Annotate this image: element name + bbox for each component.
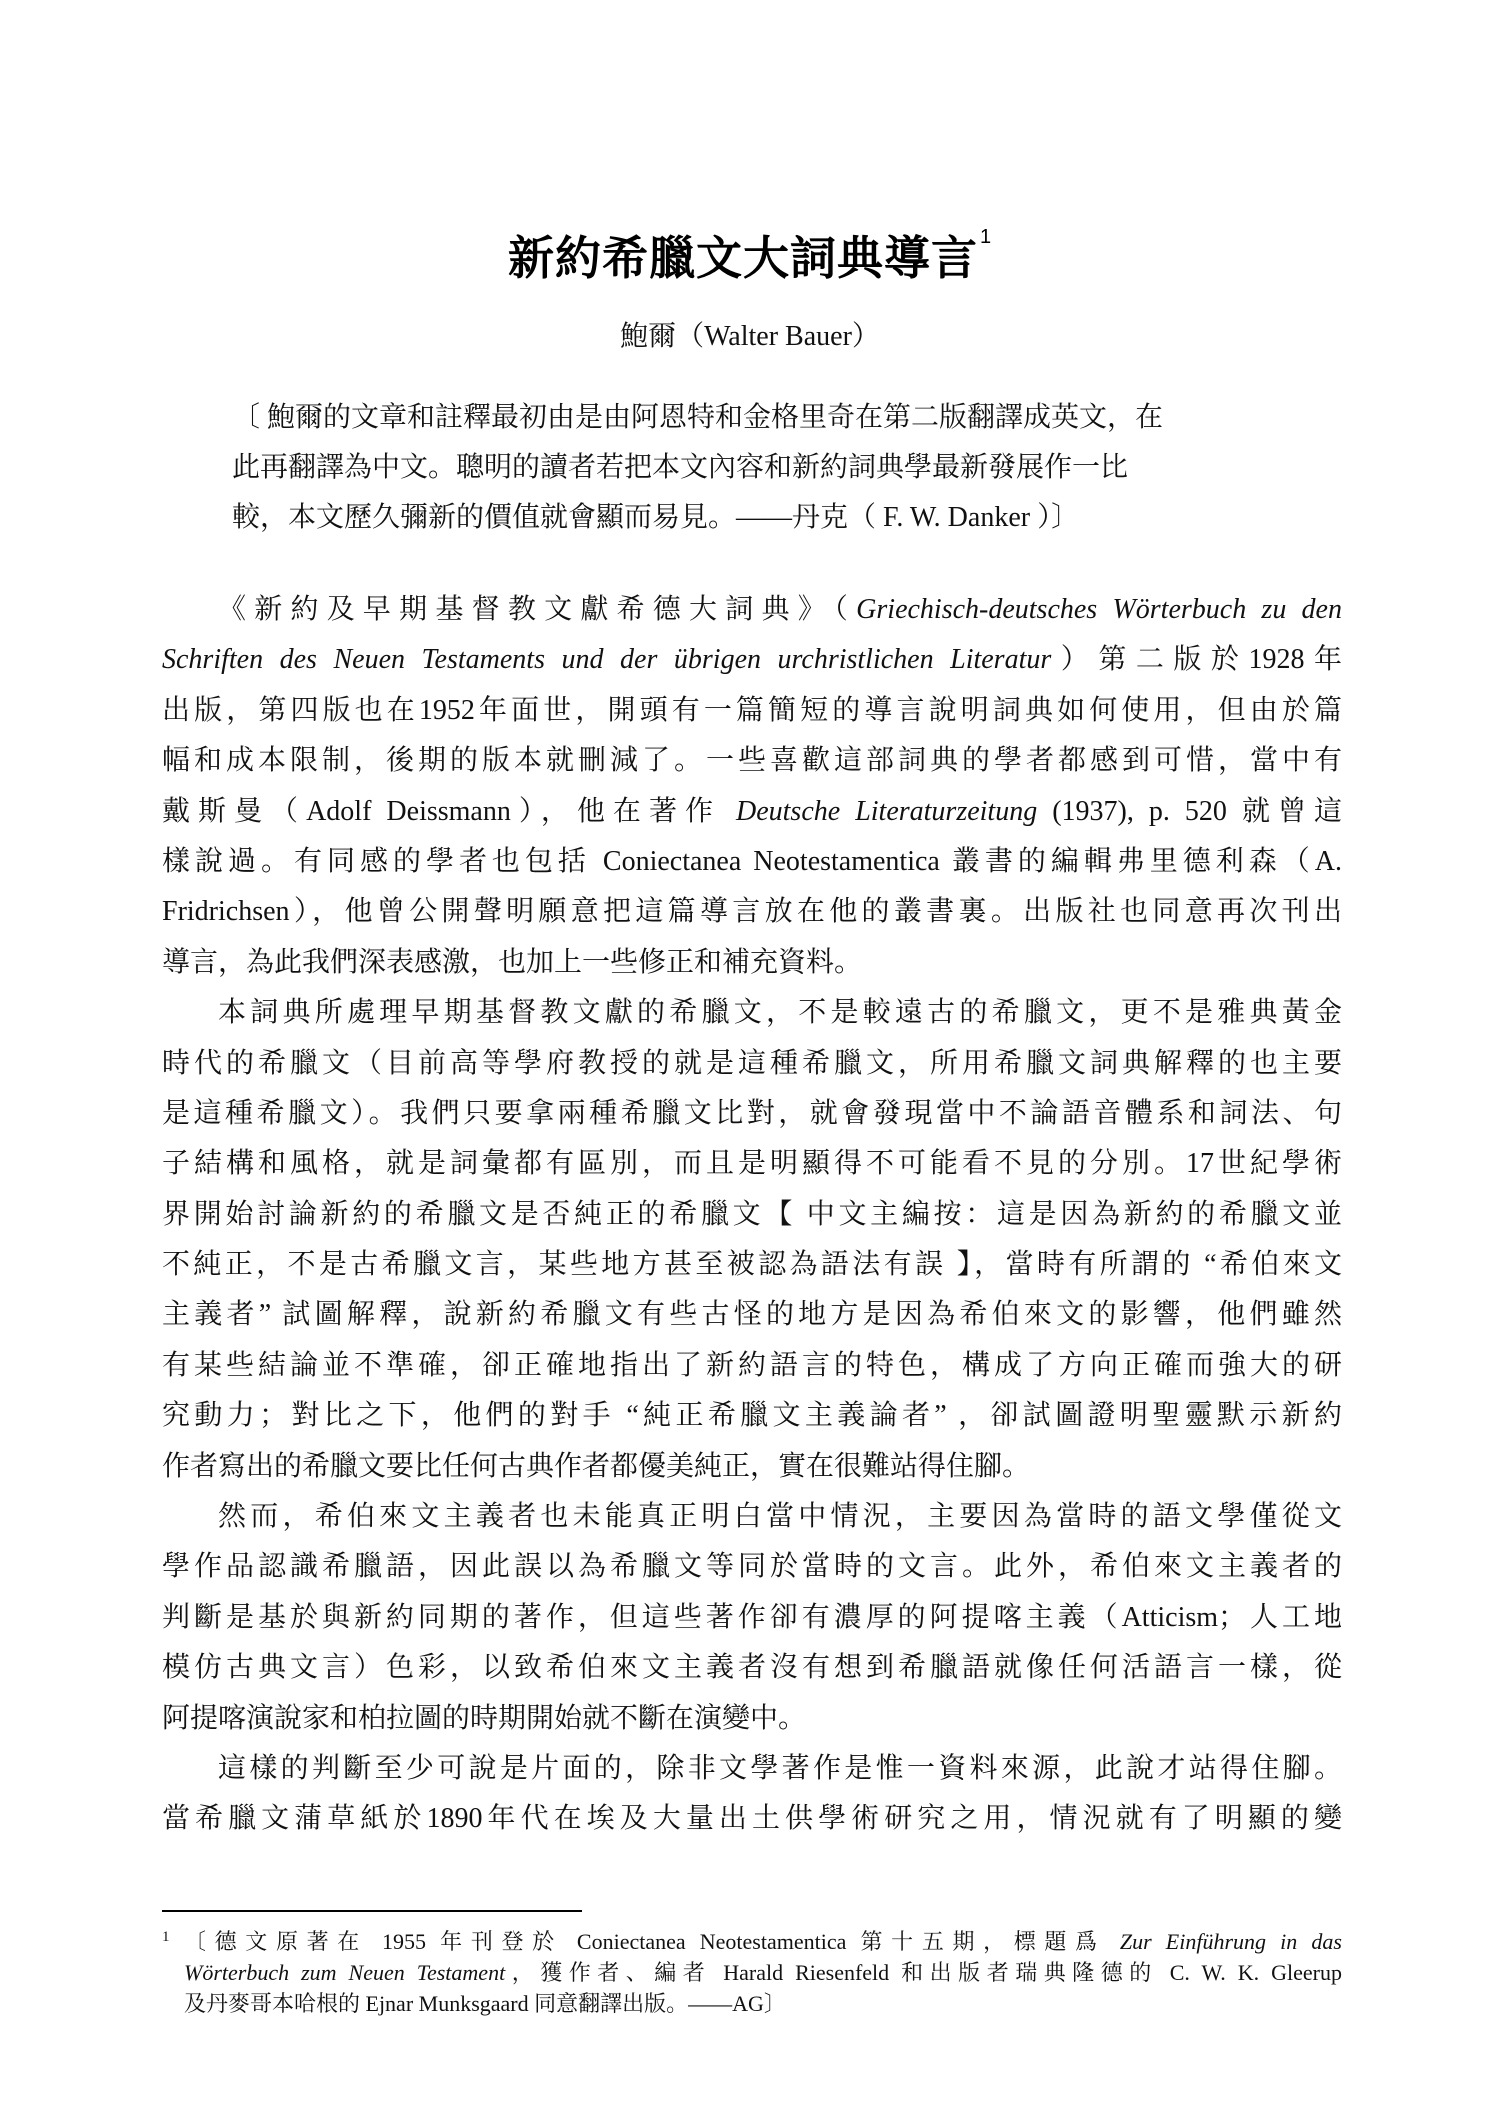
document-page: 新約希臘文大詞典導言1 鮑爾（Walter Bauer） 〔 鮑爾的文章和註釋最…	[0, 0, 1500, 2105]
title-text: 新約希臘文大詞典導言	[508, 232, 978, 284]
text-run: 〔德文原著在 1955 年刊登於 Coniectanea Neotestamen…	[184, 1929, 1120, 1954]
text-line: 判斷是基於與新約同期的著作，但這些著作卻有濃厚的阿提喀主義（Atticism；人…	[162, 1593, 1342, 1643]
text-run: 作者寫出的希臘文要比任何古典作者都優美純正，實在很難站得住腳。	[162, 1451, 1030, 1482]
text-line: 阿提喀演說家和柏拉圖的時期開始就不斷在演變中。	[162, 1694, 1342, 1744]
text-line: 本詞典所處理早期基督教文獻的希臘文，不是較遠古的希臘文，更不是雅典黃金	[162, 988, 1342, 1038]
text-line: 戴斯曼（Adolf Deissmann），他在著作 Deutsche Liter…	[162, 787, 1342, 837]
text-line: Wörterbuch zum Neuen Testament，獲作者、編者 Ha…	[162, 1957, 1342, 1988]
text-line: 子結構和風格，就是詞彙都有區別，而且是明顯得不可能看不見的分別。17世紀學術	[162, 1139, 1342, 1189]
text-line: 主義者” 試圖解釋，說新約希臘文有些古怪的地方是因為希伯來文的影響，他們雖然	[162, 1290, 1342, 1340]
italic-title: Zur Einführung in das	[1120, 1929, 1342, 1954]
text-line: 究動力；對比之下，他們的對手 “純正希臘文主義論者” ，卻試圖證明聖靈默示新約	[162, 1391, 1342, 1441]
text-run: 出版，第四版也在1952年面世，開頭有一篇簡短的導言說明詞典如何使用，但由於篇	[162, 695, 1342, 726]
text-line: 當希臘文蒲草紙於1890年代在埃及大量出土供學術研究之用，情況就有了明顯的變	[162, 1794, 1342, 1844]
page-title: 新約希臘文大詞典導言1	[0, 222, 1500, 288]
text-run: 判斷是基於與新約同期的著作，但這些著作卻有濃厚的阿提喀主義（Atticism；人…	[162, 1602, 1342, 1633]
text-run: 子結構和風格，就是詞彙都有區別，而且是明顯得不可能看不見的分別。17世紀學術	[162, 1148, 1342, 1179]
text-line: 導言，為此我們深表感激，也加上一些修正和補充資料。	[162, 938, 1342, 988]
text-run: 戴斯曼（Adolf Deissmann），他在著作	[162, 796, 736, 827]
text-line: 〔德文原著在 1955 年刊登於 Coniectanea Neotestamen…	[162, 1926, 1342, 1957]
text-run: 究動力；對比之下，他們的對手 “純正希臘文主義論者” ，卻試圖證明聖靈默示新約	[162, 1400, 1342, 1431]
footnote-ref[interactable]: 1	[980, 226, 992, 248]
editor-note-line: 較，本文歷久彌新的價值就會顯而易見。——丹克（ F. W. Danker ）〕	[232, 493, 1272, 543]
text-run: 當希臘文蒲草紙於1890年代在埃及大量出土供學術研究之用，情況就有了明顯的變	[162, 1803, 1342, 1834]
text-run: 阿提喀演說家和柏拉圖的時期開始就不斷在演變中。	[162, 1703, 806, 1734]
text-run: 這樣的判斷至少可說是片面的，除非文學著作是惟一資料來源，此說才站得住腳。	[218, 1753, 1342, 1784]
footnote-mark: 1	[162, 1922, 170, 1953]
text-run: 學作品認識希臘語，因此誤以為希臘文等同於當時的文言。此外，希伯來文主義者的	[162, 1551, 1342, 1582]
text-run: 幅和成本限制，後期的版本就刪減了。一些喜歡這部詞典的學者都感到可惜，當中有	[162, 745, 1342, 776]
text-line: 及丹麥哥本哈根的 Ejnar Munksgaard 同意翻譯出版。——AG〕	[162, 1988, 1342, 2019]
text-line: 出版，第四版也在1952年面世，開頭有一篇簡短的導言說明詞典如何使用，但由於篇	[162, 686, 1342, 736]
text-run: 導言，為此我們深表感激，也加上一些修正和補充資料。	[162, 947, 862, 978]
footnote: 1 〔德文原著在 1955 年刊登於 Coniectanea Neotestam…	[162, 1926, 1342, 2019]
editor-note: 〔 鮑爾的文章和註釋最初由是由阿恩特和金格里奇在第二版翻譯成英文，在 此再翻譯為…	[232, 393, 1272, 543]
text-line: Schriften des Neuen Testaments und der ü…	[162, 635, 1342, 685]
text-line: 不純正，不是古希臘文言，某些地方甚至被認為語法有誤 】，當時有所謂的 “希伯來文	[162, 1240, 1342, 1290]
editor-note-line: 此再翻譯為中文。聰明的讀者若把本文內容和新約詞典學最新發展作一比	[232, 443, 1272, 493]
text-line: Fridrichsen），他曾公開聲明願意把這篇導言放在他的叢書裏。出版社也同意…	[162, 887, 1342, 937]
text-line: 有某些結論並不準確，卻正確地指出了新約語言的特色，構成了方向正確而強大的研	[162, 1341, 1342, 1391]
text-run: 是這種希臘文）。我們只要拿兩種希臘文比對，就會發現當中不論語音體系和詞法、句	[162, 1098, 1342, 1129]
text-run: ）第二版於1928年	[1051, 644, 1342, 675]
text-line: 模仿古典文言）色彩，以致希伯來文主義者沒有想到希臘語就像任何活語言一樣，從	[162, 1643, 1342, 1693]
text-run: 不純正，不是古希臘文言，某些地方甚至被認為語法有誤 】，當時有所謂的 “希伯來文	[162, 1249, 1342, 1280]
editor-note-line: 〔 鮑爾的文章和註釋最初由是由阿恩特和金格里奇在第二版翻譯成英文，在	[232, 393, 1272, 443]
italic-title: Griechisch-deutsches Wörterbuch zu den	[856, 594, 1342, 625]
text-run: 模仿古典文言）色彩，以致希伯來文主義者沒有想到希臘語就像任何活語言一樣，從	[162, 1652, 1342, 1683]
text-line: 作者寫出的希臘文要比任何古典作者都優美純正，實在很難站得住腳。	[162, 1442, 1342, 1492]
text-run: 時代的希臘文（目前高等學府教授的就是這種希臘文，所用希臘文詞典解釋的也主要	[162, 1048, 1342, 1079]
text-line: 是這種希臘文）。我們只要拿兩種希臘文比對，就會發現當中不論語音體系和詞法、句	[162, 1089, 1342, 1139]
text-run: 樣說過。有同感的學者也包括 Coniectanea Neotestamentic…	[162, 846, 1342, 877]
text-run: ，獲作者、編者 Harald Riesenfeld 和出版者瑞典隆德的 C. W…	[505, 1960, 1342, 1985]
body-text: 《新約及早期基督教文獻希德大詞典》（Griechisch-deutsches W…	[162, 585, 1342, 1845]
text-run: 界開始討論新約的希臘文是否純正的希臘文【 中文主編按：這是因為新約的希臘文並	[162, 1199, 1342, 1230]
text-line: 樣說過。有同感的學者也包括 Coniectanea Neotestamentic…	[162, 837, 1342, 887]
text-run: 本詞典所處理早期基督教文獻的希臘文，不是較遠古的希臘文，更不是雅典黃金	[218, 997, 1342, 1028]
text-line: 界開始討論新約的希臘文是否純正的希臘文【 中文主編按：這是因為新約的希臘文並	[162, 1190, 1342, 1240]
text-line: 幅和成本限制，後期的版本就刪減了。一些喜歡這部詞典的學者都感到可惜，當中有	[162, 736, 1342, 786]
text-line: 然而，希伯來文主義者也未能真正明白當中情況，主要因為當時的語文學僅從文	[162, 1492, 1342, 1542]
italic-title: Schriften des Neuen Testaments und der ü…	[162, 644, 1051, 675]
text-run: 然而，希伯來文主義者也未能真正明白當中情況，主要因為當時的語文學僅從文	[218, 1501, 1342, 1532]
text-run: 主義者” 試圖解釋，說新約希臘文有些古怪的地方是因為希伯來文的影響，他們雖然	[162, 1299, 1342, 1330]
text-run: Fridrichsen），他曾公開聲明願意把這篇導言放在他的叢書裏。出版社也同意…	[162, 896, 1342, 927]
text-line: 時代的希臘文（目前高等學府教授的就是這種希臘文，所用希臘文詞典解釋的也主要	[162, 1039, 1342, 1089]
footnote-divider	[162, 1910, 582, 1912]
italic-title: Deutsche Literaturzeitung	[736, 796, 1037, 827]
text-run: 及丹麥哥本哈根的 Ejnar Munksgaard 同意翻譯出版。——AG〕	[184, 1991, 786, 2016]
text-line: 學作品認識希臘語，因此誤以為希臘文等同於當時的文言。此外，希伯來文主義者的	[162, 1542, 1342, 1592]
text-run: 有某些結論並不準確，卻正確地指出了新約語言的特色，構成了方向正確而強大的研	[162, 1350, 1342, 1381]
italic-title: Wörterbuch zum Neuen Testament	[184, 1960, 505, 1985]
text-line: 《新約及早期基督教文獻希德大詞典》（Griechisch-deutsches W…	[162, 585, 1342, 635]
text-line: 這樣的判斷至少可說是片面的，除非文學著作是惟一資料來源，此說才站得住腳。	[162, 1744, 1342, 1794]
text-run: (1937), p. 520 就曾這	[1037, 796, 1342, 827]
text-run: 《新約及早期基督教文獻希德大詞典》（	[218, 594, 856, 625]
author-line: 鮑爾（Walter Bauer）	[0, 314, 1500, 354]
